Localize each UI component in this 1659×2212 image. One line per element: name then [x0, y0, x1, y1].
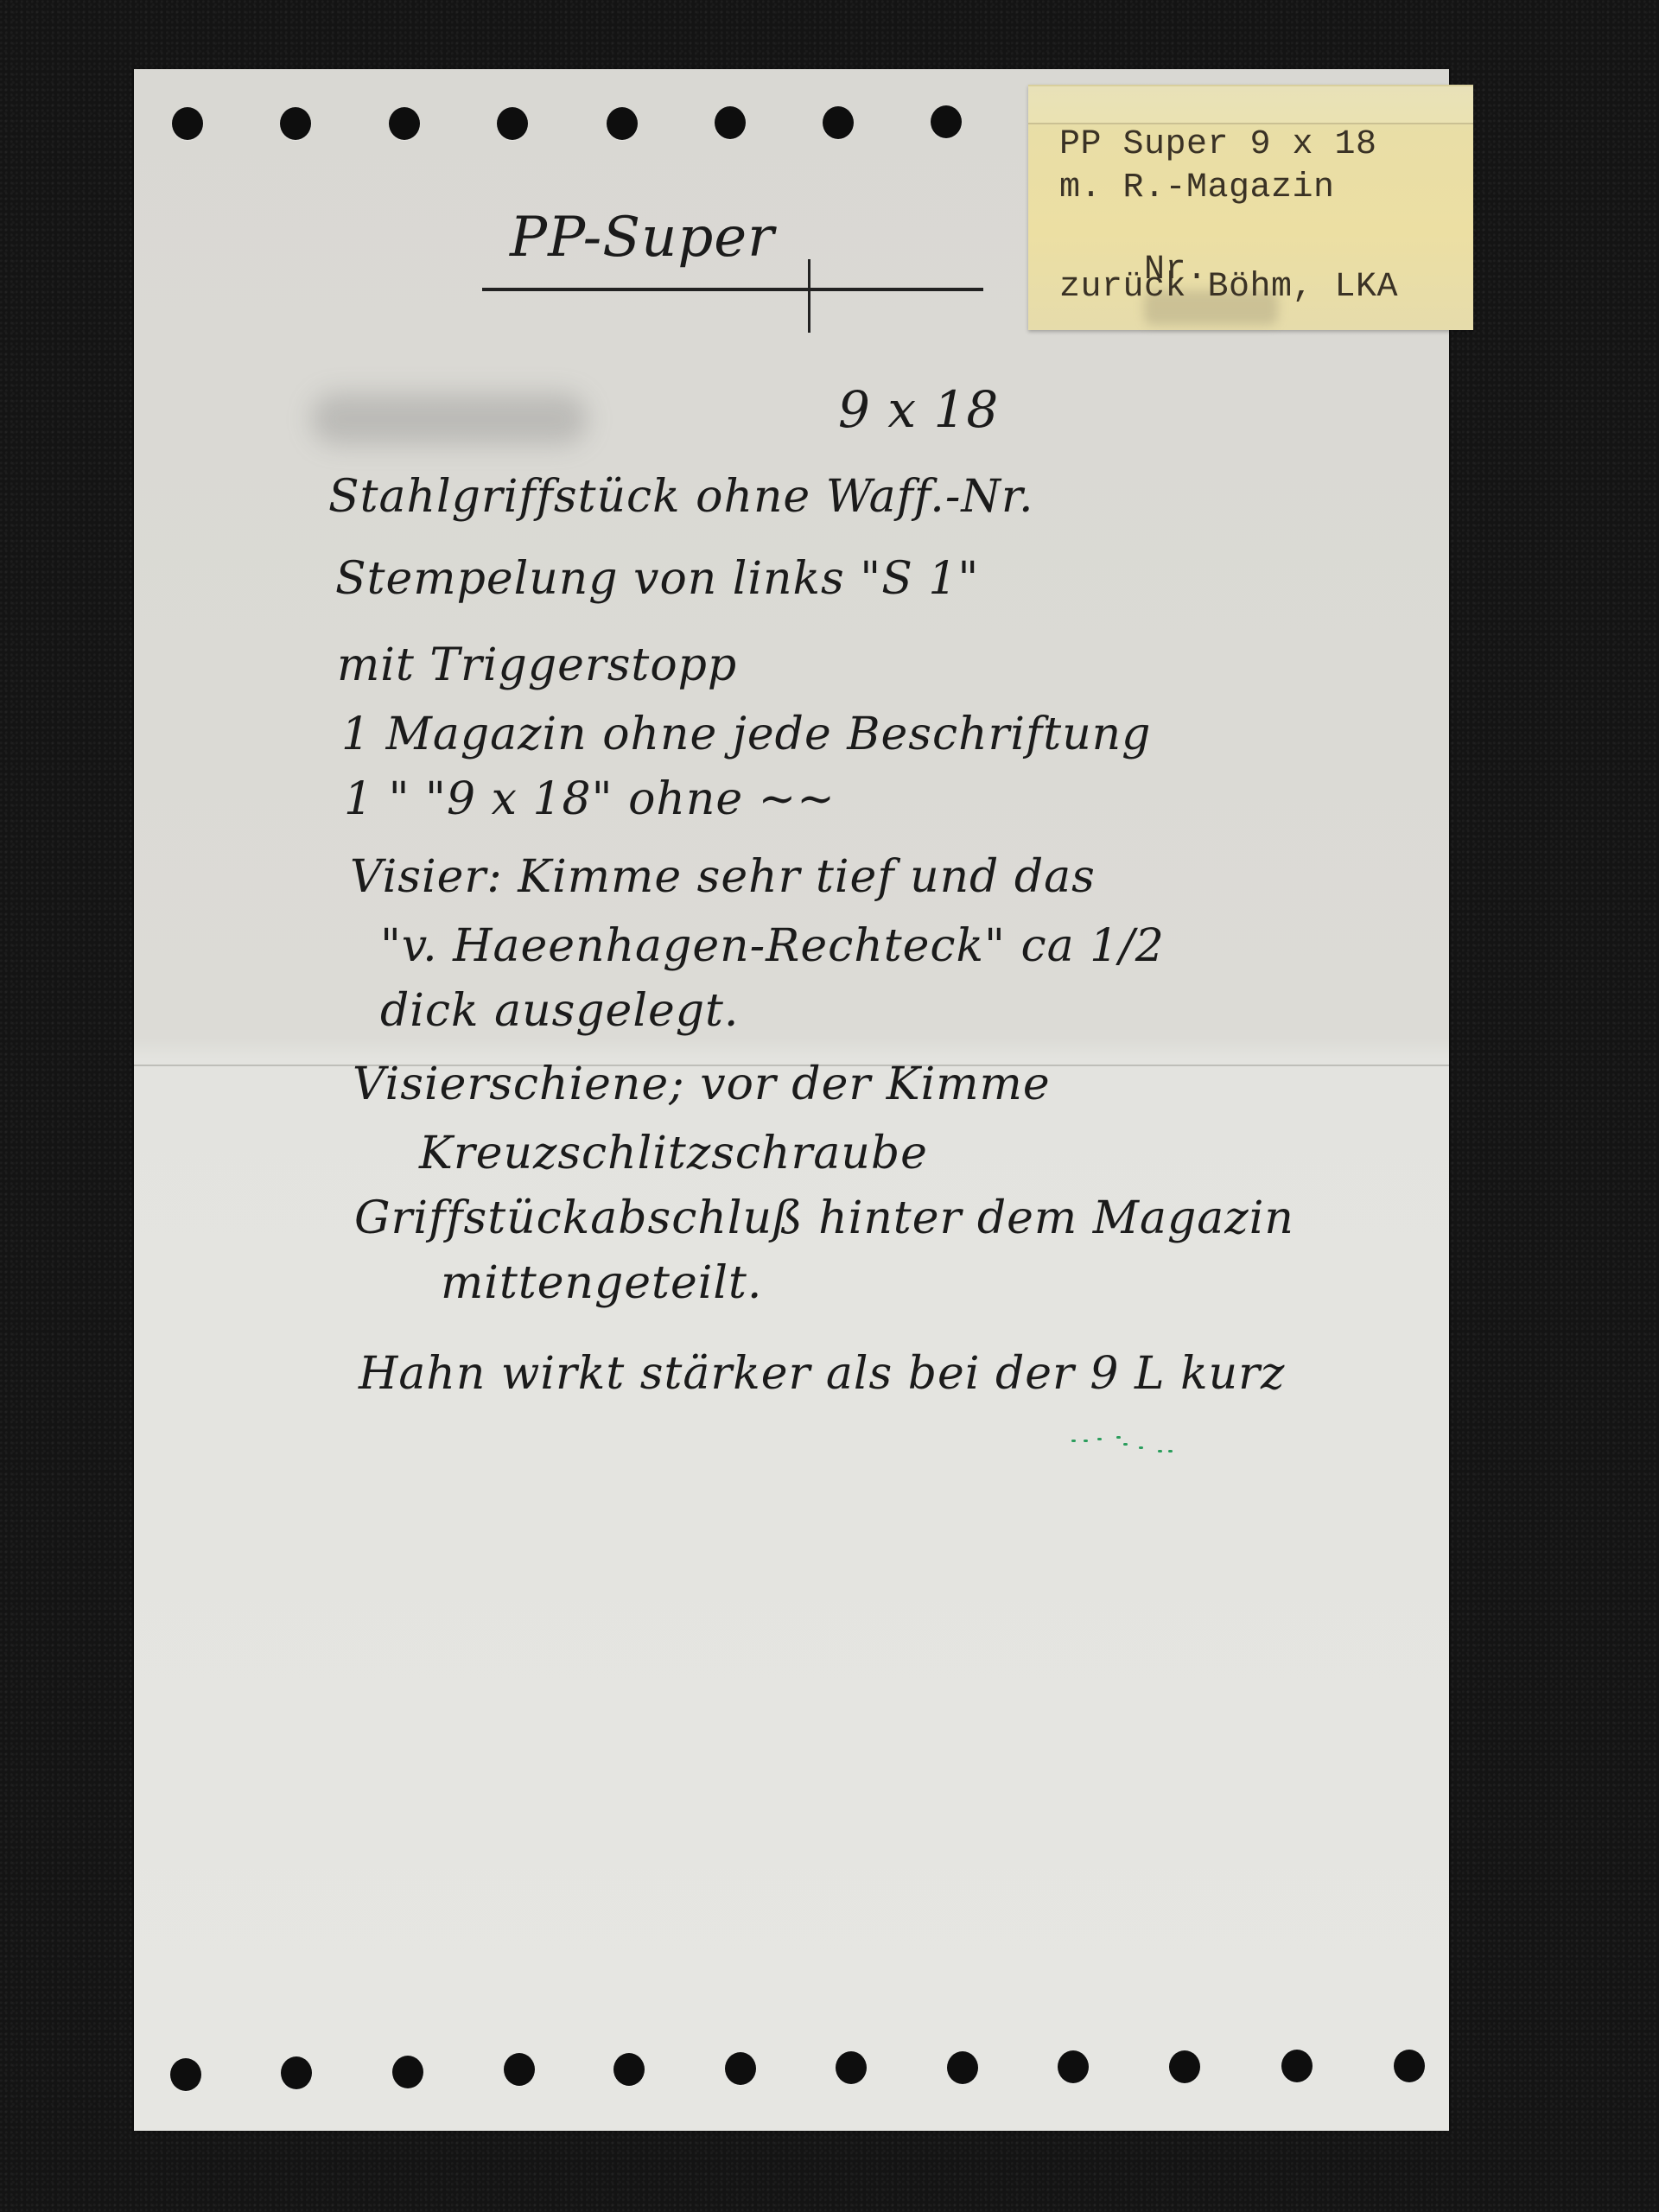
- note-line: 1 Magazin ohne jede Beschriftung: [341, 709, 1151, 760]
- perforation-hole: [172, 107, 203, 140]
- redacted-header: [311, 393, 588, 445]
- perforation-hole: [497, 107, 528, 140]
- perforation-hole: [823, 106, 854, 139]
- perforation-hole: [613, 2053, 645, 2086]
- green-ink-speck: [1071, 1434, 1184, 1455]
- perforation-hole: [715, 106, 746, 139]
- label-line-return: zurück Böhm, LKA: [1059, 268, 1398, 307]
- perforation-hole: [725, 2052, 756, 2085]
- perforation-hole: [281, 2056, 312, 2089]
- note-title: PP-Super: [510, 206, 775, 270]
- note-line: "v. Haeenhagen-Rechteck" ca 1/2: [380, 920, 1165, 972]
- note-line: Stahlgriffstück ohne Waff.-Nr.: [328, 471, 1034, 523]
- perforation-hole: [947, 2051, 978, 2084]
- note-line: mittengeteilt.: [441, 1257, 762, 1309]
- note-line: Visier: Kimme sehr tief und das: [350, 851, 1096, 903]
- note-line: Hahn wirkt stärker als bei der 9 L kurz: [359, 1348, 1285, 1400]
- perforation-hole: [1169, 2050, 1200, 2083]
- note-line: Stempelung von links "S 1": [335, 553, 979, 605]
- perforation-hole: [392, 2056, 423, 2088]
- note-line: Visierschiene; vor der Kimme: [353, 1058, 1051, 1110]
- note-line: Griffstückabschluß hinter dem Magazin: [354, 1192, 1294, 1244]
- title-underline: [482, 288, 983, 291]
- perforation-hole: [504, 2053, 535, 2086]
- title-underline-descender: [808, 259, 810, 333]
- perforation-hole: [931, 105, 962, 138]
- typewritten-label: PP Super 9 x 18 m. R.-Magazin Nr. zurück…: [1028, 85, 1473, 330]
- perforation-hole: [389, 107, 420, 140]
- perforation-hole: [1281, 2050, 1313, 2082]
- label-fold-strip: [1028, 86, 1473, 124]
- perforation-hole: [836, 2051, 867, 2084]
- perforation-hole: [1394, 2050, 1425, 2082]
- note-line: 1 " "9 x 18" ohne ~~: [344, 773, 836, 825]
- note-line: Kreuzschlitzschraube: [419, 1128, 928, 1179]
- label-line-model: PP Super 9 x 18: [1059, 125, 1377, 164]
- note-caliber: 9 x 18: [838, 380, 999, 439]
- perforation-hole: [607, 107, 638, 140]
- perforation-hole: [1058, 2050, 1089, 2083]
- note-line: dick ausgelegt.: [380, 985, 739, 1037]
- perforation-hole: [170, 2058, 201, 2091]
- label-line-magazine: m. R.-Magazin: [1059, 168, 1335, 207]
- note-line: mit Triggerstopp: [337, 639, 737, 691]
- perforation-hole: [280, 107, 311, 140]
